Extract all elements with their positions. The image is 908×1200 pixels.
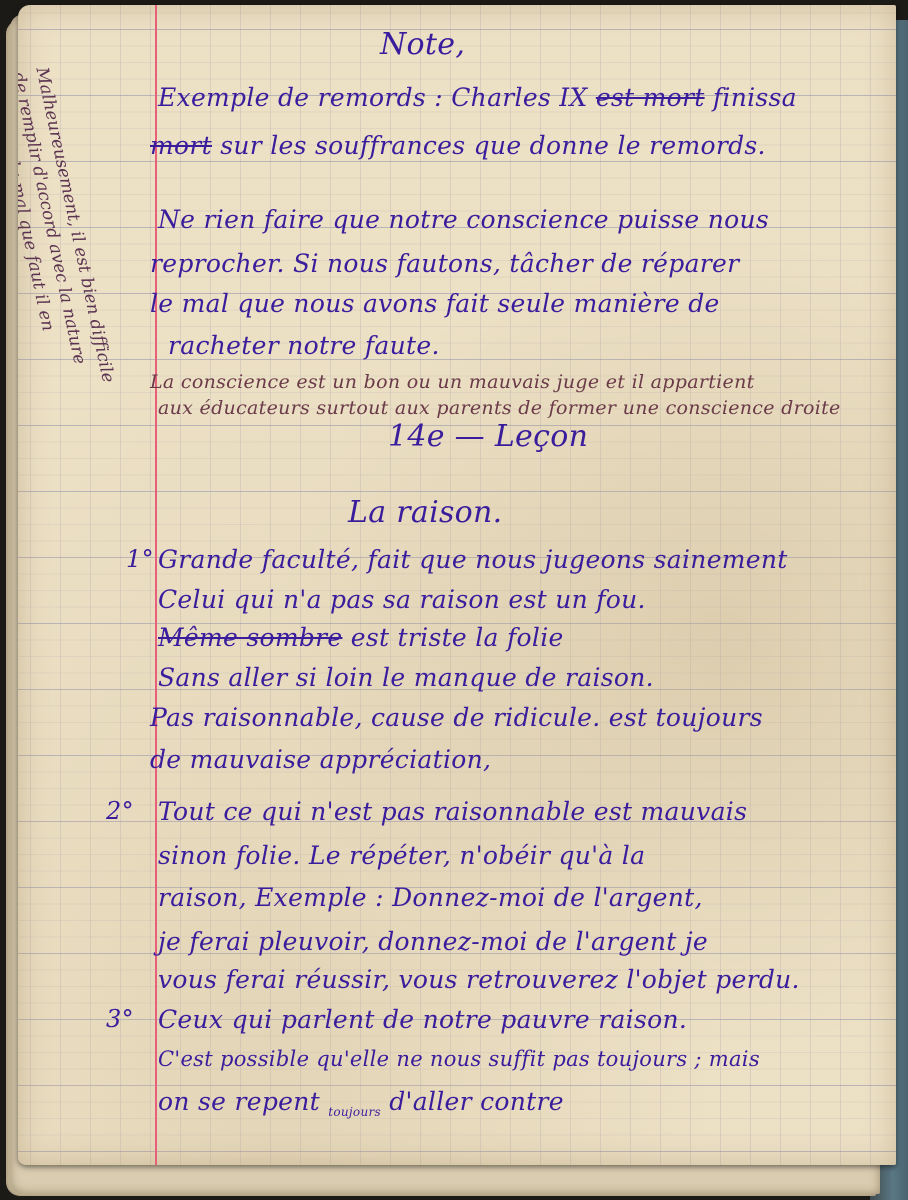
paragraph-line: Ne rien faire que notre conscience puiss… bbox=[158, 205, 769, 234]
section-line: sinon folie. Le répéter, n'obéir qu'à la bbox=[158, 841, 645, 870]
section-line: Grande faculté, fait que nous jugeons sa… bbox=[158, 545, 788, 574]
notes-line: mort sur les souffrances que donne le re… bbox=[150, 131, 766, 160]
lesson-number-label: 14e bbox=[388, 419, 445, 454]
section-line: C'est possible qu'elle ne nous suffit pa… bbox=[158, 1047, 760, 1071]
section-line: Pas raisonnable, cause de ridicule. est … bbox=[150, 703, 763, 732]
notes-heading: Note, bbox=[380, 27, 465, 62]
section-line: Tout ce qui n'est pas raisonnable est ma… bbox=[158, 797, 747, 826]
section-marker: 3° bbox=[106, 1005, 134, 1033]
section-marker: 1° bbox=[126, 545, 154, 573]
margin-rule bbox=[155, 5, 157, 1165]
paragraph-line: le mal que nous avons fait seule manière… bbox=[150, 289, 720, 318]
inserted-word: toujours bbox=[328, 1105, 381, 1119]
lesson-dash: — bbox=[455, 419, 485, 454]
brown-addition-line: La conscience est un bon ou un mauvais j… bbox=[150, 371, 755, 393]
notes-line: Exemple de remords : Charles IX est mort… bbox=[158, 83, 797, 112]
lesson-number: 14e — Leçon bbox=[388, 419, 588, 454]
lesson-label: Leçon bbox=[495, 419, 588, 454]
section-line: Ceux qui parlent de notre pauvre raison. bbox=[158, 1005, 687, 1034]
struck-text: est mort bbox=[596, 83, 705, 112]
section-line: je ferai pleuvoir, donnez-moi de l'argen… bbox=[158, 927, 708, 956]
section-line: de mauvaise appréciation, bbox=[150, 745, 491, 774]
section-text: d'aller contre bbox=[389, 1087, 564, 1116]
struck-text: Même sombre bbox=[158, 623, 342, 652]
section-line: Celui qui n'a pas sa raison est un fou. bbox=[158, 585, 646, 614]
lesson-title: La raison. bbox=[348, 495, 502, 530]
notes-text: Exemple de remords : Charles IX bbox=[158, 83, 588, 112]
notebook-page: Malheureusement, il est bien difficile d… bbox=[18, 5, 896, 1165]
section-line: raison, Exemple : Donnez-moi de l'argent… bbox=[158, 883, 703, 912]
section-line: on se repent toujours d'aller contre bbox=[158, 1087, 564, 1119]
section-text: on se repent bbox=[158, 1087, 320, 1116]
notes-text: sur les souffrances que donne le remords… bbox=[220, 131, 766, 160]
section-marker: 2° bbox=[106, 797, 134, 825]
section-line: vous ferai réussir, vous retrouverez l'o… bbox=[158, 965, 800, 994]
margin-annotation: Malheureusement, il est bien difficile d… bbox=[18, 65, 120, 400]
paragraph-line: racheter notre faute. bbox=[168, 331, 440, 360]
section-line: Même sombre est triste la folie bbox=[158, 623, 564, 652]
struck-text: mort bbox=[150, 131, 212, 160]
brown-addition-line: aux éducateurs surtout aux parents de fo… bbox=[158, 397, 841, 419]
section-text: est triste la folie bbox=[351, 623, 564, 652]
paragraph-line: reprocher. Si nous fautons, tâcher de ré… bbox=[150, 249, 739, 278]
notes-text: finissa bbox=[713, 83, 797, 112]
section-line: Sans aller si loin le manque de raison. bbox=[158, 663, 654, 692]
